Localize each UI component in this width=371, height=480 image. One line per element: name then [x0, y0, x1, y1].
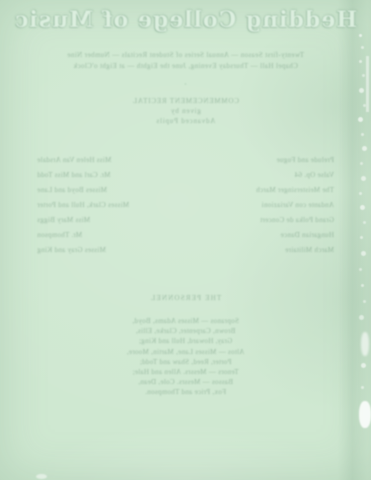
program-performer: Mr. Thompson [37, 232, 82, 239]
program-piece: Grand Polka de Concert [260, 217, 334, 224]
scanned-page: Hedding College of Music Twenty-first Se… [0, 0, 371, 480]
roster-line: Fox, Price and Thompson. [0, 387, 371, 397]
roster-line: Tenors — Messrs. Allen and Hale; [0, 367, 371, 377]
recital-heading-line: Advanced Pupils [0, 116, 371, 126]
program-piece: Valse Op. 64 [294, 172, 334, 179]
program-row: March Militaire Misses Gray and King [37, 247, 334, 254]
program-row: Prelude and Fugue Miss Helen Van Arsdale [37, 157, 334, 164]
program-row: The Meistersinger March Misses Boyd and … [37, 187, 334, 194]
torn-edge-white-patch [361, 332, 369, 356]
torn-edge-specks [359, 34, 362, 37]
program-piece: Andante con Variazioni [261, 202, 334, 209]
recital-heading-block: COMMENCEMENT RECITAL given by Advanced P… [0, 96, 371, 126]
program-performer: Misses Boyd and Lane [37, 187, 107, 194]
mirrored-bleedthrough-layer: Hedding College of Music Twenty-first Se… [0, 0, 371, 480]
program-piece: Prelude and Fugue [276, 157, 334, 164]
program-row: Valse Op. 64 Mr. Carl and Miss Todd [37, 172, 334, 179]
roster-heading: THE PERSONNEL [0, 294, 371, 302]
subtitle-line: Chapel Hall — Thursday Evening, June the… [0, 61, 371, 72]
torn-edge-white-blob [359, 401, 371, 428]
program-list: Prelude and Fugue Miss Helen Van Arsdale… [37, 157, 334, 262]
program-performer: Mr. Carl and Miss Todd [37, 172, 110, 179]
ornament-mark: · [0, 80, 371, 89]
bottom-edge-speck [36, 474, 47, 479]
program-row: Hungarian Dance Mr. Thompson [37, 232, 334, 239]
program-piece: March Militaire [285, 247, 334, 254]
roster-block: Sopranos — Misses Adams, Boyd, Brown, Ca… [0, 316, 371, 398]
torn-edge-sliver [366, 56, 369, 112]
college-title-bleedthrough: Hedding College of Music [0, 7, 371, 33]
roster-line: Bassos — Messrs. Cole, Dean, [0, 377, 371, 387]
roster-line: Gray, Howard, Hull and King; [0, 336, 371, 346]
program-performer: Misses Clark, Hull and Porter [37, 202, 129, 209]
program-piece: Hungarian Dance [280, 232, 334, 239]
program-performer: Miss Helen Van Arsdale [37, 157, 111, 164]
recital-heading-line: COMMENCEMENT RECITAL [0, 96, 371, 106]
roster-line: Altos — Misses Lane, Martin, Moore, [0, 347, 371, 357]
program-row: Andante con Variazioni Misses Clark, Hul… [37, 202, 334, 209]
program-performer: Misses Gray and King [37, 247, 106, 254]
program-performer: Miss Mary Biggs [37, 217, 90, 224]
subtitle-block: Twenty-first Season — Annual Series of S… [0, 50, 371, 72]
program-row: Grand Polka de Concert Miss Mary Biggs [37, 217, 334, 224]
roster-line: Brown, Carpenter, Clarke, Ellis, [0, 326, 371, 336]
roster-line: Sopranos — Misses Adams, Boyd, [0, 316, 371, 326]
program-piece: The Meistersinger March [256, 187, 334, 194]
subtitle-line: Twenty-first Season — Annual Series of S… [0, 50, 371, 61]
recital-heading-line: given by [0, 106, 371, 116]
roster-line: Porter, Reed, Shaw and Todd; [0, 357, 371, 367]
